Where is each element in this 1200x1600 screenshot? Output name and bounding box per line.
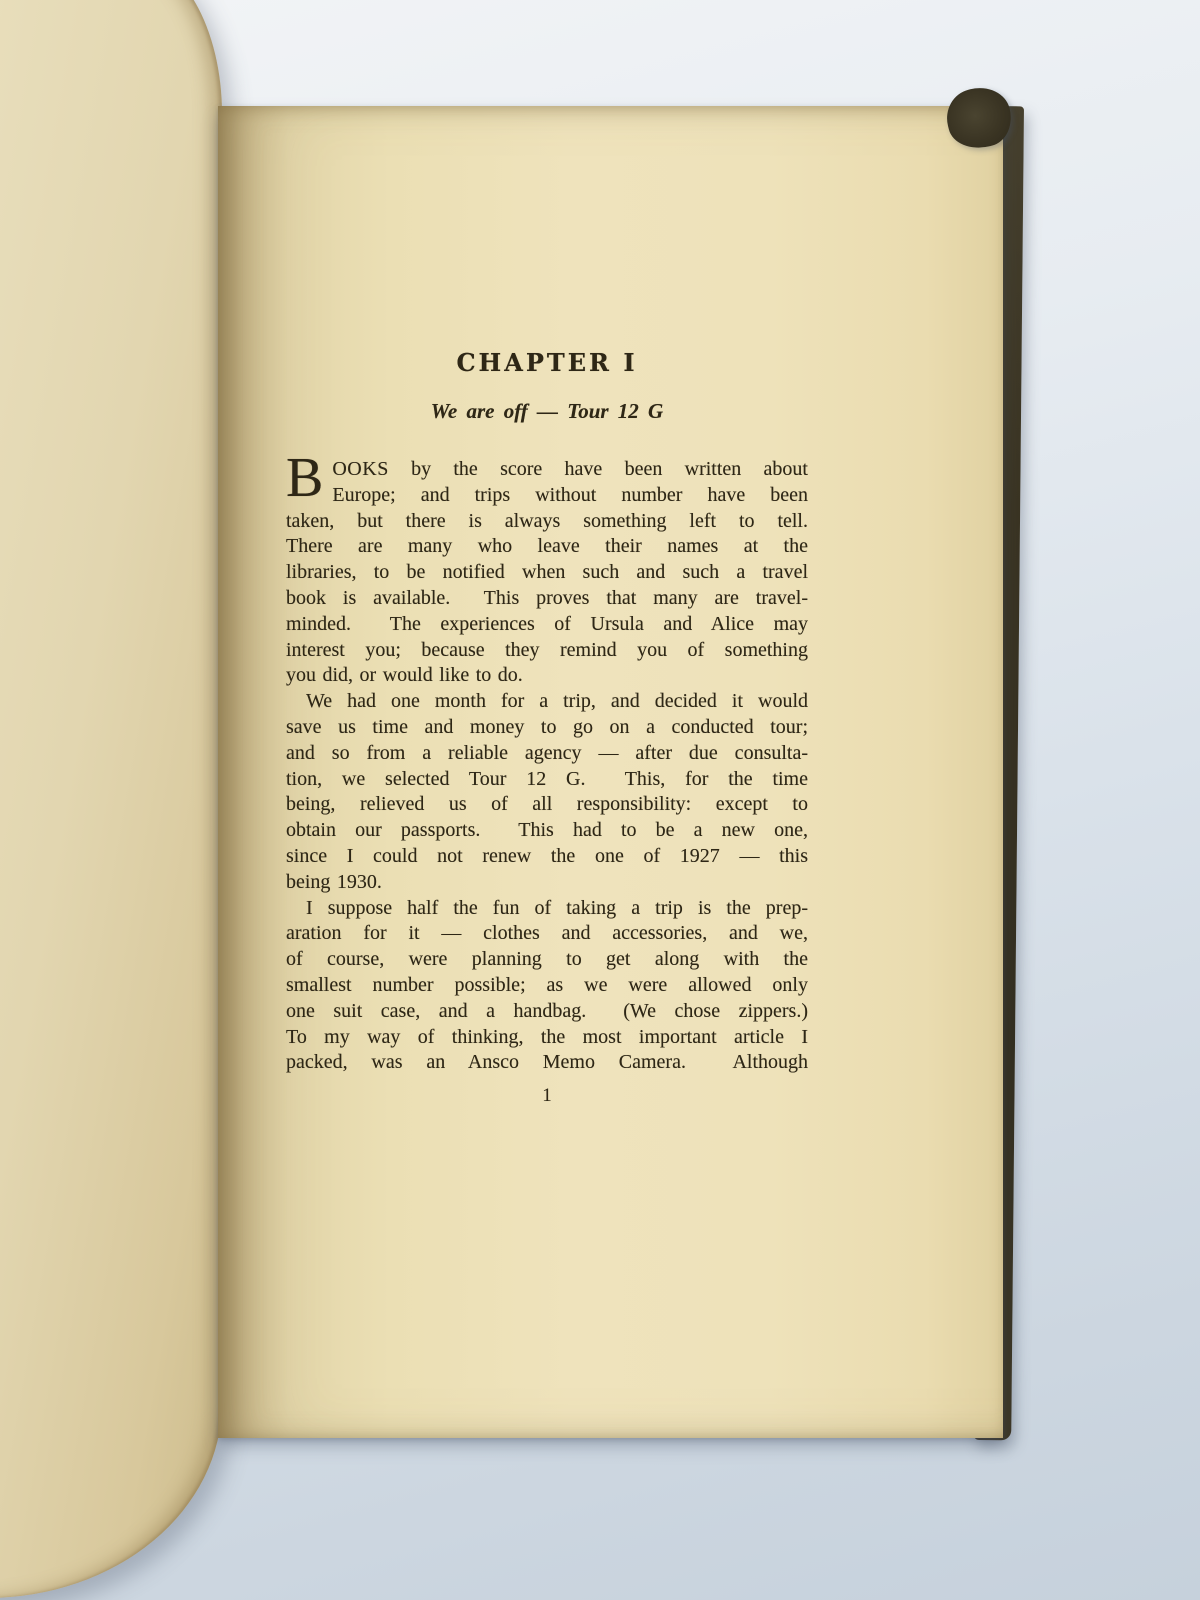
body-line: one suit case, and a handbag. (We chose … (286, 999, 808, 1025)
book-photo: CHAPTER I We are off — Tour 12 G B OOKS … (0, 0, 1200, 1600)
chapter-heading: CHAPTER I (286, 348, 808, 378)
body-line: being 1930. (286, 870, 808, 896)
body-line: taken, but there is always something lef… (286, 509, 808, 535)
left-page-stack (0, 0, 222, 1598)
lead-smallcaps: OOKS (332, 458, 388, 480)
body-text: B OOKS by the score have been written ab… (286, 457, 808, 1076)
body-line: you did, or would like to do. (286, 663, 808, 689)
body-line: being, relieved us of all responsibility… (286, 792, 808, 818)
body-line: and so from a reliable agency — after du… (286, 741, 808, 767)
body-line: We had one month for a trip, and decided… (286, 689, 808, 715)
body-line: OOKS by the score have been written abou… (286, 457, 808, 483)
drop-cap: B (286, 450, 332, 506)
body-line-text: by the score have been written about (389, 458, 808, 480)
body-line: book is available. This proves that many… (286, 586, 808, 612)
body-line: aration for it — clothes and accessories… (286, 921, 808, 947)
body-line: interest you; because they remind you of… (286, 638, 808, 664)
body-line: packed, was an Ansco Memo Camera. Althou… (286, 1050, 808, 1076)
body-line: obtain our passports. This had to be a n… (286, 818, 808, 844)
page-text-block: CHAPTER I We are off — Tour 12 G B OOKS … (286, 348, 808, 1107)
body-line: of course, were planning to get along wi… (286, 947, 808, 973)
chapter-subtitle: We are off — Tour 12 G (286, 398, 808, 424)
body-line: Europe; and trips without number have be… (286, 483, 808, 509)
body-line: minded. The experiences of Ursula and Al… (286, 612, 808, 638)
body-line: save us time and money to go on a conduc… (286, 715, 808, 741)
book-page: CHAPTER I We are off — Tour 12 G B OOKS … (218, 106, 1003, 1438)
body-line: smallest number possible; as we were all… (286, 973, 808, 999)
body-line: since I could not renew the one of 1927 … (286, 844, 808, 870)
body-line: I suppose half the fun of taking a trip … (286, 896, 808, 922)
body-line: tion, we selected Tour 12 G. This, for t… (286, 767, 808, 793)
body-line: libraries, to be notified when such and … (286, 560, 808, 586)
body-line: To my way of thinking, the most importan… (286, 1025, 808, 1051)
body-line: There are many who leave their names at … (286, 534, 808, 560)
page-number: 1 (286, 1085, 808, 1107)
